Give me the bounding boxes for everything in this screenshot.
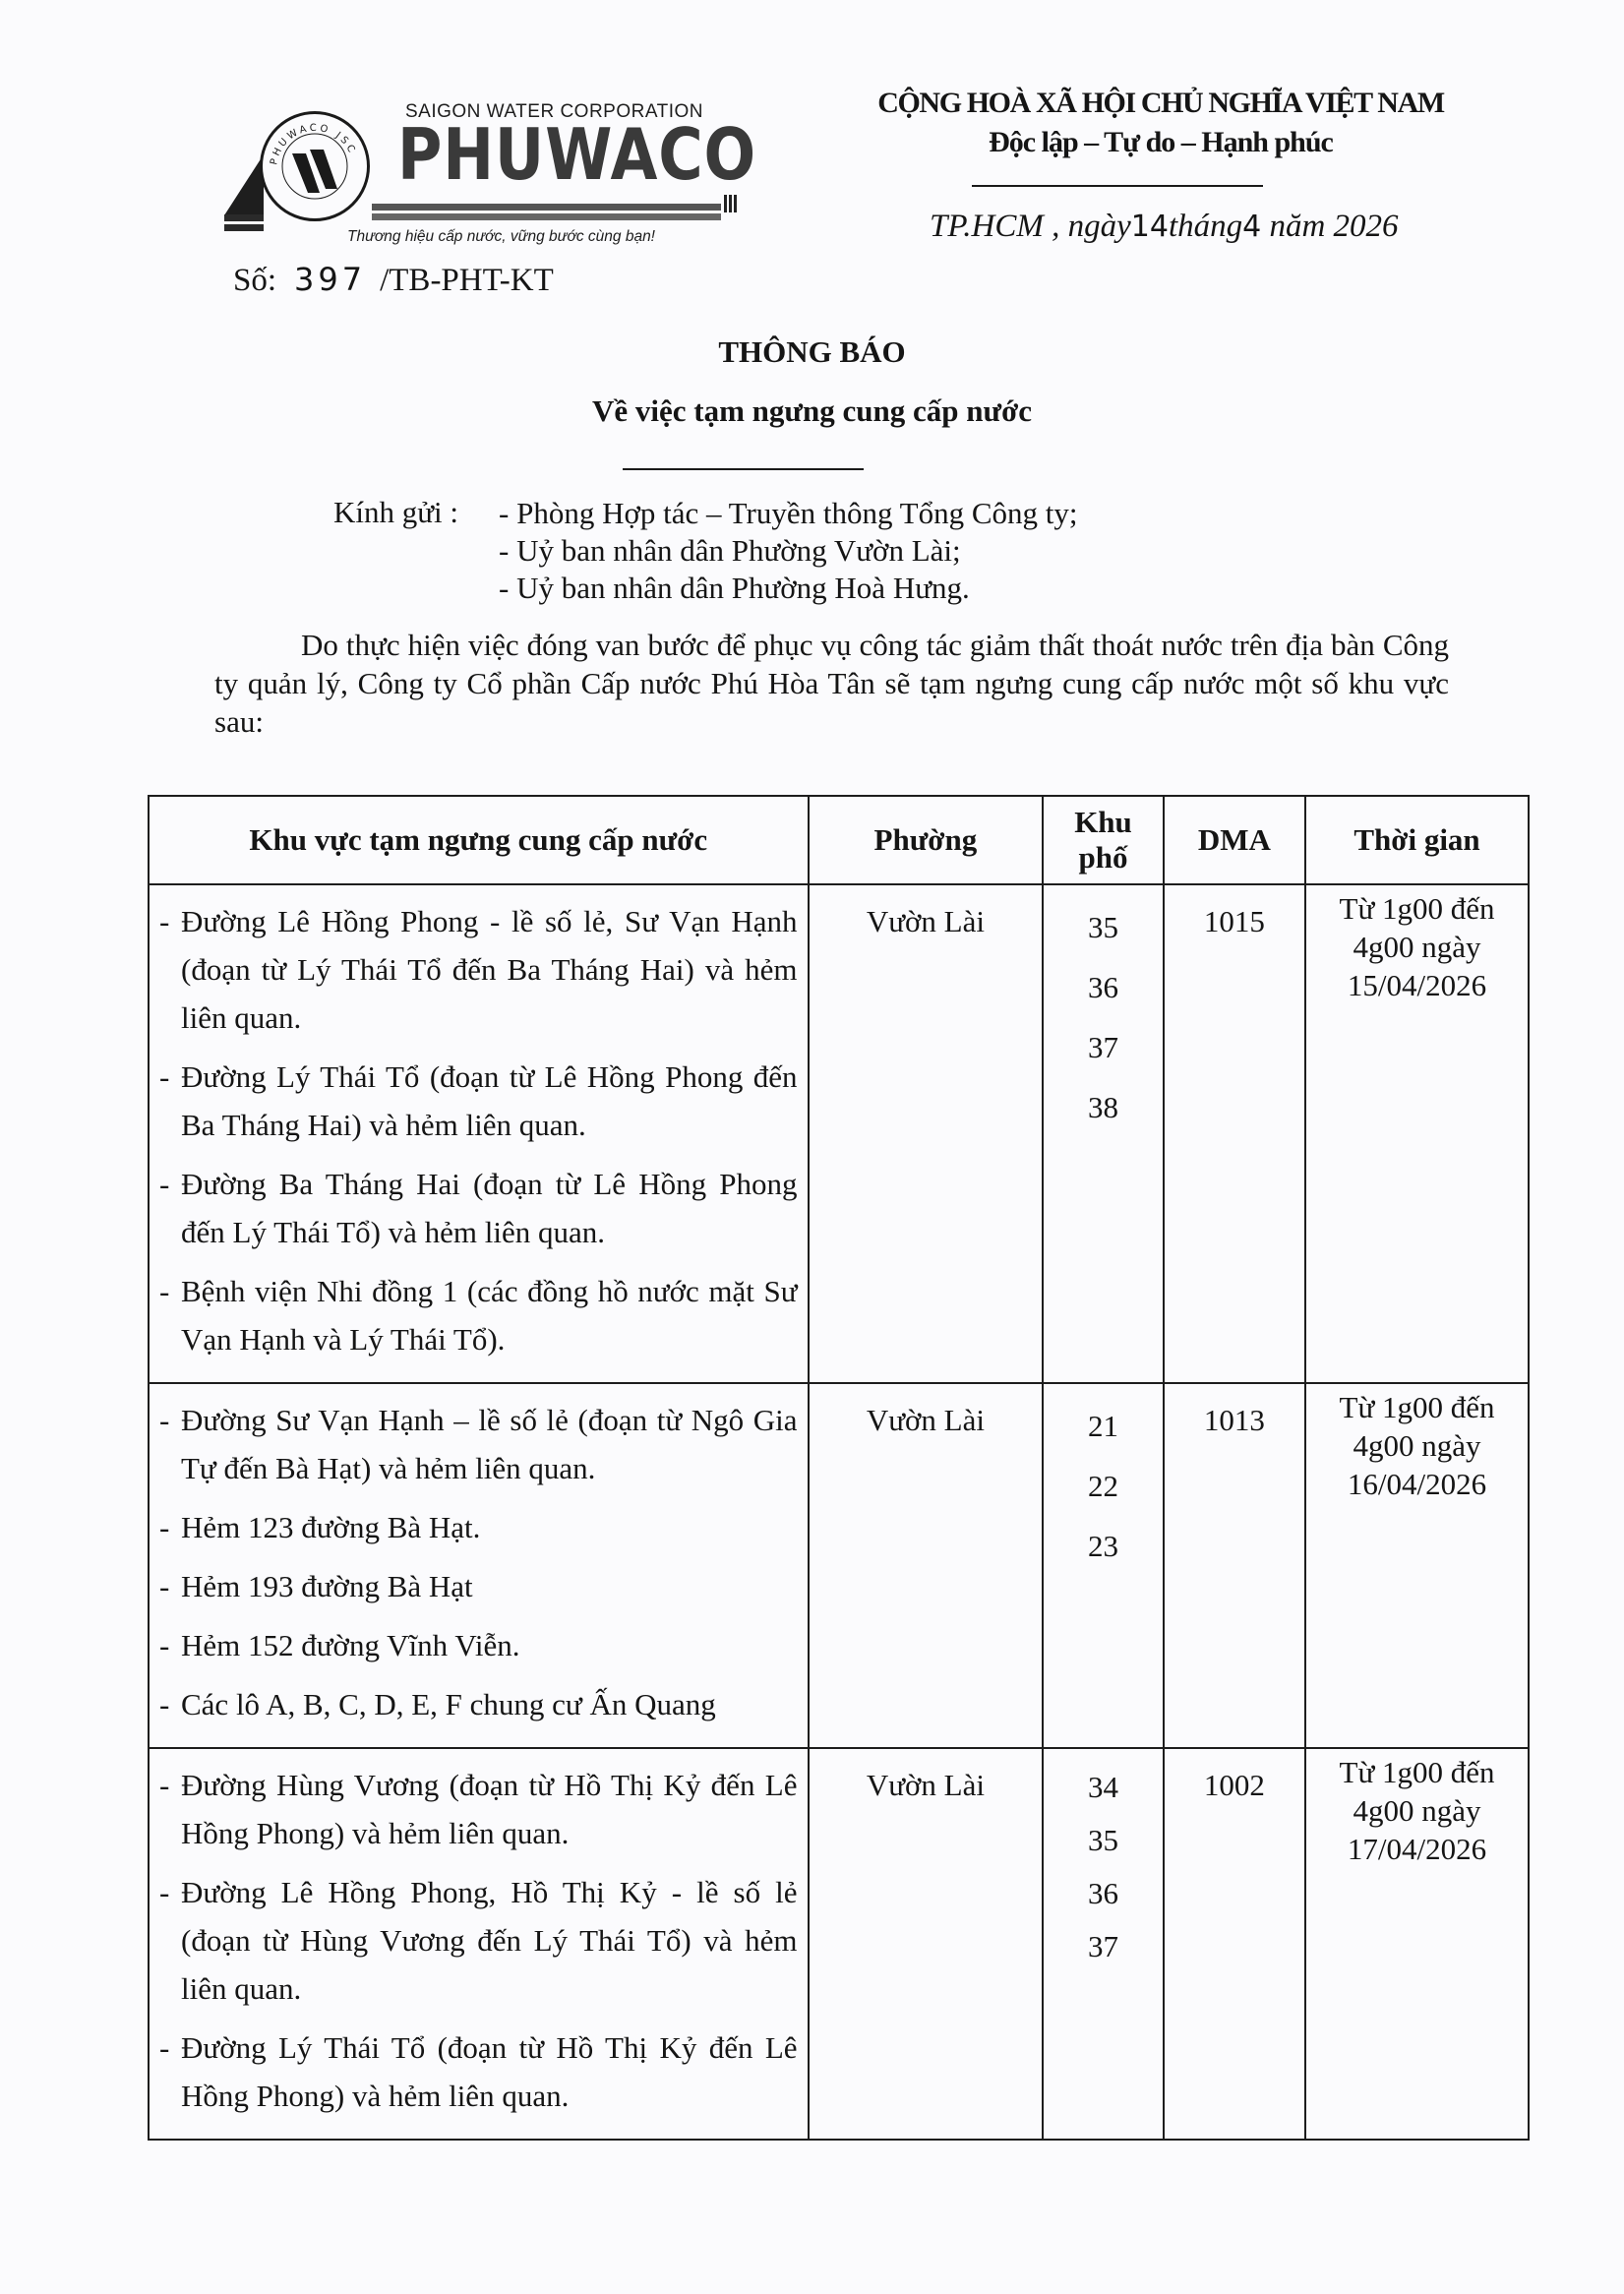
recipients-label: Kính gửi : xyxy=(333,495,458,530)
header-time: Thời gian xyxy=(1305,796,1529,884)
area-item: Hẻm 152 đường Vĩnh Viễn. xyxy=(157,1621,798,1669)
quarter-item: 38 xyxy=(1044,1077,1162,1137)
recipient-item: - Uỷ ban nhân dân Phường Hoà Hưng. xyxy=(499,570,1078,607)
area-item: Đường Ba Tháng Hai (đoạn từ Lê Hồng Phon… xyxy=(157,1160,798,1256)
header-ward: Phường xyxy=(809,796,1044,884)
quarter-item: 37 xyxy=(1044,1017,1162,1077)
doc-number-prefix: Số: xyxy=(233,263,276,298)
dateline-day: 14 xyxy=(1131,210,1169,244)
quarter-list: 35363738 xyxy=(1044,885,1162,1137)
header-area: Khu vực tạm ngưng cung cấp nước xyxy=(149,796,809,884)
water-outage-table: Khu vực tạm ngưng cung cấp nước Phường K… xyxy=(148,795,1530,2141)
header-quarter: Khu phố xyxy=(1043,796,1163,884)
time-line: Từ 1g00 đến xyxy=(1306,1753,1528,1791)
logo-bars-icon xyxy=(724,195,738,212)
table-row: Đường Lê Hồng Phong - lề số lẻ, Sư Vạn H… xyxy=(149,884,1529,1383)
svg-text:PHUWACO JSC: PHUWACO JSC xyxy=(269,123,358,166)
time-line: 4g00 ngày xyxy=(1306,1791,1528,1830)
ward-cell: Vườn Lài xyxy=(809,1748,1044,2140)
header-quarter-line1: Khu xyxy=(1045,805,1161,840)
intro-paragraph: Do thực hiện việc đóng van bước để phục … xyxy=(214,626,1449,741)
time-line: 17/04/2026 xyxy=(1306,1830,1528,1868)
time-cell: Từ 1g00 đến4g00 ngày15/04/2026 xyxy=(1305,884,1529,1383)
quarter-item: 23 xyxy=(1044,1516,1162,1576)
time-cell: Từ 1g00 đến4g00 ngày17/04/2026 xyxy=(1305,1748,1529,2140)
quarter-item: 36 xyxy=(1044,1867,1162,1920)
area-item: Đường Lý Thái Tổ (đoạn từ Lê Hồng Phong … xyxy=(157,1053,798,1149)
dateline-year: năm 2026 xyxy=(1261,209,1398,244)
time-line: Từ 1g00 đến xyxy=(1306,1388,1528,1426)
dma-cell: 1013 xyxy=(1164,1383,1305,1748)
quarter-list: 212223 xyxy=(1044,1384,1162,1576)
area-cell: Đường Lê Hồng Phong - lề số lẻ, Sư Vạn H… xyxy=(149,884,809,1383)
logo-wedge xyxy=(224,154,264,215)
logo-stripe xyxy=(372,204,721,211)
header-divider xyxy=(972,185,1263,187)
logo-stripe xyxy=(372,213,721,220)
quarter-item: 35 xyxy=(1044,897,1162,957)
table-row: Đường Sư Vạn Hạnh – lề số lẻ (đoạn từ Ng… xyxy=(149,1383,1529,1748)
logo-stripe xyxy=(224,224,264,231)
quarter-item: 35 xyxy=(1044,1814,1162,1867)
area-cell: Đường Hùng Vương (đoạn từ Hồ Thị Kỷ đến … xyxy=(149,1748,809,2140)
dma-cell: 1015 xyxy=(1164,884,1305,1383)
dateline-month-label: tháng xyxy=(1169,209,1242,244)
brand-tagline: Thương hiệu cấp nước, vững bước cùng bạn… xyxy=(347,228,655,246)
dateline: TP.HCM , ngày14tháng4 năm 2026 xyxy=(930,209,1399,245)
quarter-item: 22 xyxy=(1044,1456,1162,1516)
area-item: Các lô A, B, C, D, E, F chung cư Ấn Quan… xyxy=(157,1680,798,1728)
time-line: 4g00 ngày xyxy=(1306,928,1528,966)
dma-cell: 1002 xyxy=(1164,1748,1305,2140)
time-cell: Từ 1g00 đến4g00 ngày16/04/2026 xyxy=(1305,1383,1529,1748)
area-item: Đường Lê Hồng Phong, Hồ Thị Kỷ - lề số l… xyxy=(157,1868,798,2013)
quarter-cell: 35363738 xyxy=(1043,884,1163,1383)
recipient-item: - Phòng Hợp tác – Truyền thông Tổng Công… xyxy=(499,495,1078,532)
company-logo: PHUWACO JSC SAIGON WATER CORPORATION PHU… xyxy=(224,93,736,251)
quarter-cell: 34353637 xyxy=(1043,1748,1163,2140)
document-title: THÔNG BÁO xyxy=(0,334,1624,370)
quarter-cell: 212223 xyxy=(1043,1383,1163,1748)
area-cell: Đường Sư Vạn Hạnh – lề số lẻ (đoạn từ Ng… xyxy=(149,1383,809,1748)
area-list: Đường Hùng Vương (đoạn từ Hồ Thị Kỷ đến … xyxy=(150,1749,808,2139)
quarter-item: 37 xyxy=(1044,1920,1162,1973)
logo-stripe xyxy=(224,214,264,221)
quarter-item: 34 xyxy=(1044,1761,1162,1814)
table-header-row: Khu vực tạm ngưng cung cấp nước Phường K… xyxy=(149,796,1529,884)
area-item: Hẻm 123 đường Bà Hạt. xyxy=(157,1503,798,1551)
doc-number-suffix: /TB-PHT-KT xyxy=(380,263,554,298)
company-seal-icon: PHUWACO JSC xyxy=(260,111,370,221)
area-item: Đường Sư Vạn Hạnh – lề số lẻ (đoạn từ Ng… xyxy=(157,1396,798,1492)
recipient-item: - Uỷ ban nhân dân Phường Vườn Lài; xyxy=(499,532,1078,570)
quarter-item: 36 xyxy=(1044,957,1162,1017)
area-item: Đường Hùng Vương (đoạn từ Hồ Thị Kỷ đến … xyxy=(157,1761,798,1857)
document-number: Số:397/TB-PHT-KT xyxy=(233,261,554,299)
time-line: Từ 1g00 đến xyxy=(1306,889,1528,928)
doc-number-handwritten: 397 xyxy=(294,261,366,298)
dateline-month: 4 xyxy=(1242,210,1261,244)
area-item: Đường Lý Thái Tổ (đoạn từ Hồ Thị Kỷ đến … xyxy=(157,2023,798,2120)
national-header: CỘNG HOÀ XÃ HỘI CHỦ NGHĨA VIỆT NAM Độc l… xyxy=(866,87,1456,159)
ward-cell: Vườn Lài xyxy=(809,1383,1044,1748)
recipients-list: - Phòng Hợp tác – Truyền thông Tổng Công… xyxy=(499,495,1078,607)
dateline-place: TP.HCM , ngày xyxy=(930,209,1131,244)
national-motto-title: CỘNG HOÀ XÃ HỘI CHỦ NGHĨA VIỆT NAM xyxy=(866,87,1456,120)
time-line: 16/04/2026 xyxy=(1306,1465,1528,1503)
area-list: Đường Sư Vạn Hạnh – lề số lẻ (đoạn từ Ng… xyxy=(150,1384,808,1747)
area-item: Đường Lê Hồng Phong - lề số lẻ, Sư Vạn H… xyxy=(157,897,798,1042)
area-list: Đường Lê Hồng Phong - lề số lẻ, Sư Vạn H… xyxy=(150,885,808,1382)
quarter-item: 21 xyxy=(1044,1396,1162,1456)
brand-name: PHUWACO xyxy=(397,119,756,190)
header-dma: DMA xyxy=(1164,796,1305,884)
quarter-list: 34353637 xyxy=(1044,1749,1162,1973)
title-divider xyxy=(623,468,864,470)
document-subtitle: Về việc tạm ngưng cung cấp nước xyxy=(0,393,1624,429)
area-item: Hẻm 193 đường Bà Hạt xyxy=(157,1562,798,1610)
time-line: 15/04/2026 xyxy=(1306,966,1528,1004)
table-row: Đường Hùng Vương (đoạn từ Hồ Thị Kỷ đến … xyxy=(149,1748,1529,2140)
header-quarter-line2: phố xyxy=(1045,840,1161,875)
time-line: 4g00 ngày xyxy=(1306,1426,1528,1465)
area-item: Bệnh viện Nhi đồng 1 (các đồng hồ nước m… xyxy=(157,1267,798,1363)
ward-cell: Vườn Lài xyxy=(809,884,1044,1383)
national-motto-slogan: Độc lập – Tự do – Hạnh phúc xyxy=(866,126,1456,159)
